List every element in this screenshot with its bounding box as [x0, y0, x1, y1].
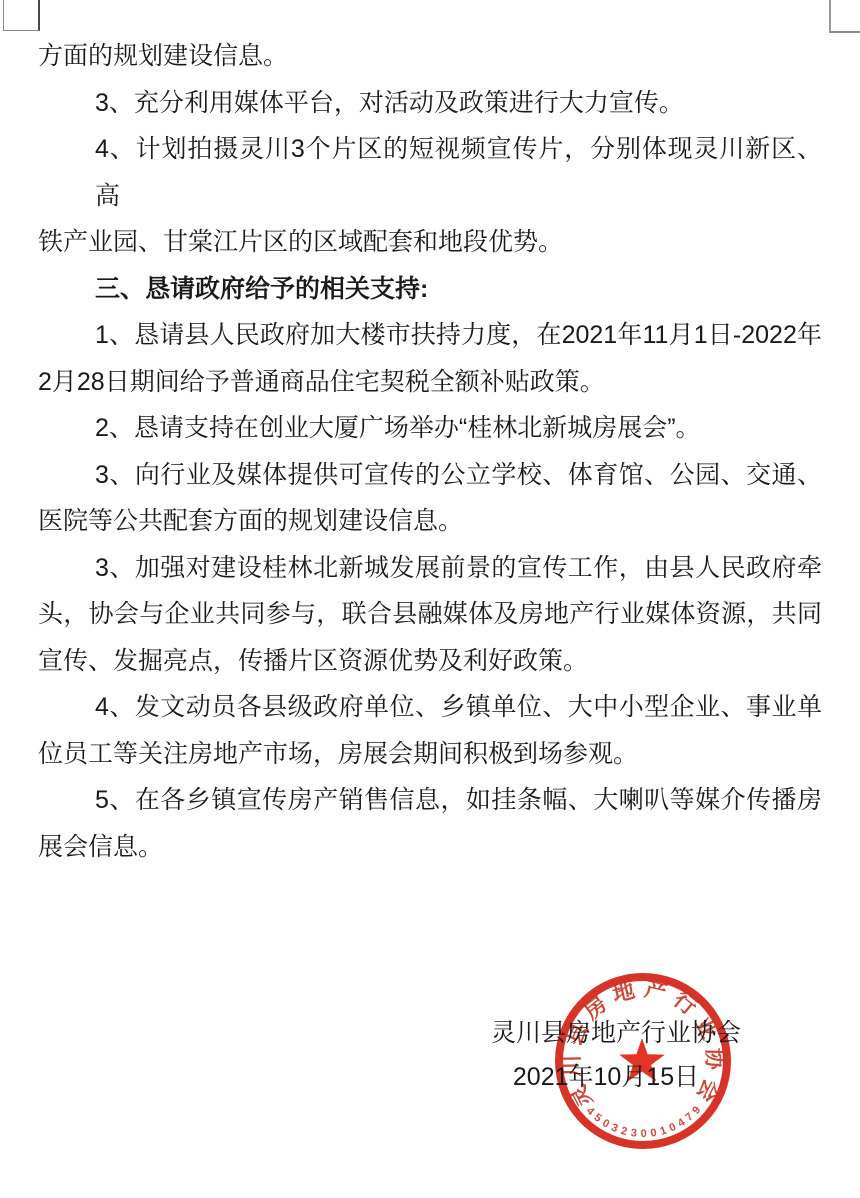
signature-organization: 灵川县房地产行业协会 — [491, 1019, 741, 1048]
body-line: 4、发文动员各县级政府单位、乡镇单位、大中小型企业、事业单 — [38, 684, 822, 731]
body-line: 位员工等关注房地产市场，房展会期间积极到场参观。 — [38, 731, 822, 778]
body-line: 5、在各乡镇宣传房产销售信息，如挂条幅、大喇叭等媒介传播房 — [38, 777, 822, 824]
body-line: 方面的规划建设信息。 — [38, 33, 822, 80]
body-line: 3、向行业及媒体提供可宣传的公立学校、体育馆、公园、交通、 — [38, 452, 822, 499]
signature-date: 2021年10月15日 — [513, 1063, 699, 1092]
page-corner-artifact-right — [829, 0, 860, 33]
body-line: 铁产业园、甘棠江片区的区域配套和地段优势。 — [38, 219, 822, 266]
body-line: 宣传、发掘亮点，传播片区资源优势及利好政策。 — [38, 638, 822, 685]
section-heading: 三、恳请政府给予的相关支持: — [38, 266, 822, 313]
body-line: 2月28日期间给予普通商品住宅契税全额补贴政策。 — [38, 359, 822, 406]
body-line: 2、恳请支持在创业大厦广场举办“桂林北新城房展会”。 — [38, 405, 822, 452]
official-seal: 灵川县房地产行业协会 4503230010479 — [543, 961, 743, 1161]
body-line: 头，协会与企业共同参与，联合县融媒体及房地产行业媒体资源，共同 — [38, 591, 822, 638]
body-line: 3、充分利用媒体平台，对活动及政策进行大力宣传。 — [38, 80, 822, 127]
body-line: 1、恳请县人民政府加大楼市扶持力度，在2021年11月1日-2022年 — [38, 312, 822, 359]
body-line: 展会信息。 — [38, 824, 822, 871]
document-body: 方面的规划建设信息。 3、充分利用媒体平台，对活动及政策进行大力宣传。 4、计划… — [38, 33, 822, 870]
body-line: 3、加强对建设桂林北新城发展前景的宣传工作，由县人民政府牵 — [38, 545, 822, 592]
page-corner-artifact-left — [3, 0, 40, 31]
document-page: 方面的规划建设信息。 3、充分利用媒体平台，对活动及政策进行大力宣传。 4、计划… — [0, 0, 860, 1198]
body-line: 4、计划拍摄灵川3个片区的短视频宣传片，分别体现灵川新区、高 — [38, 126, 822, 219]
body-line: 医院等公共配套方面的规划建设信息。 — [38, 498, 822, 545]
